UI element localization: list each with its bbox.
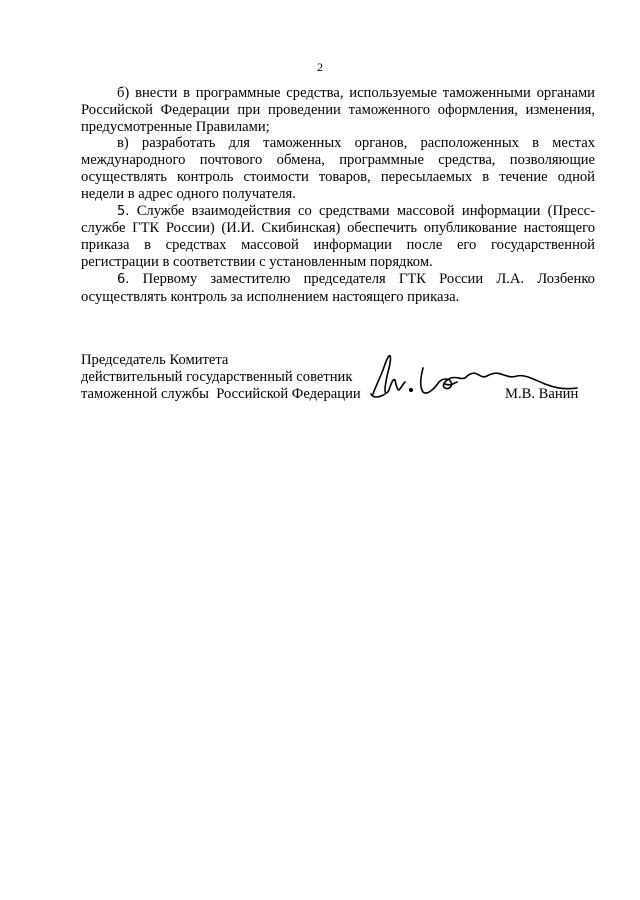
paragraph-text: Первому заместителю председателя ГТК Рос… — [81, 271, 595, 305]
paragraph-b: б) внести в программные средства, исполь… — [81, 85, 595, 135]
paragraph-text: Службе взаимодействия со средствами масс… — [81, 203, 595, 270]
signatory-title: Председатель Комитета действительный гос… — [81, 352, 361, 402]
paragraph-number: 5. — [117, 204, 129, 219]
paragraph-5: 5. Службе взаимодействия со средствами м… — [81, 203, 595, 271]
page-number: 2 — [0, 60, 640, 75]
signatory-title-line: таможенной службы Российской Федерации — [81, 386, 361, 403]
signatory-title-line: Председатель Комитета — [81, 352, 361, 369]
signer-name: М.В. Ванин — [505, 386, 578, 403]
paragraph-v: в) разработать для таможенных органов, р… — [81, 135, 595, 202]
paragraph-number: 6. — [117, 272, 129, 287]
document-body: б) внести в программные средства, исполь… — [81, 85, 595, 305]
document-page: 2 б) внести в программные средства, испо… — [0, 0, 640, 900]
signatory-title-line: действительный государственный советник — [81, 369, 361, 386]
paragraph-6: 6. Первому заместителю председателя ГТК … — [81, 271, 595, 306]
